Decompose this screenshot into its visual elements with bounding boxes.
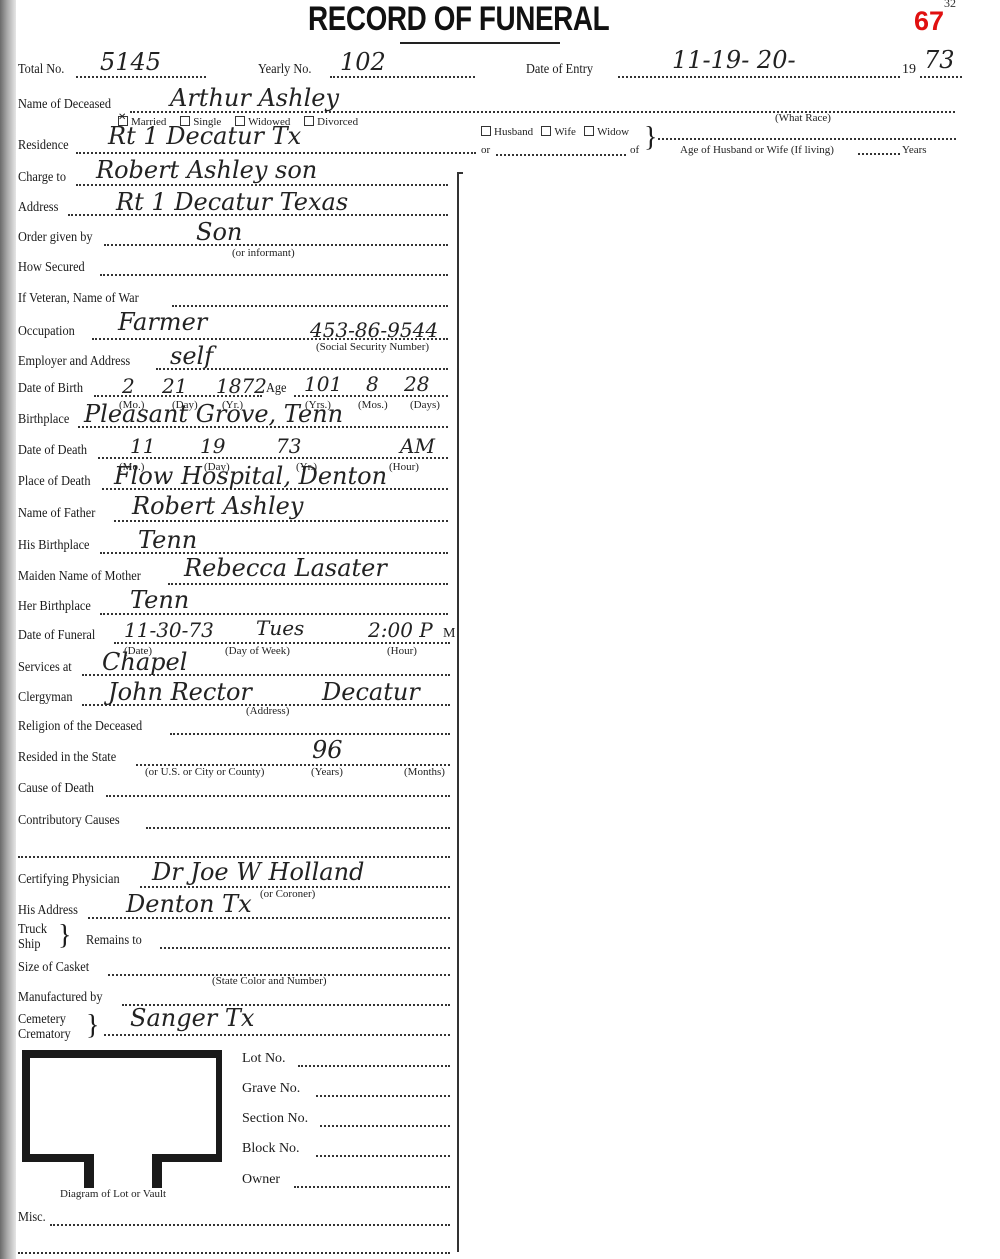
casket-label: Size of Casket [18,960,89,976]
ssn-field[interactable]: 453-86-9544 [310,320,438,340]
clergyman-label: Clergyman [18,690,73,706]
birthplace-field[interactable]: Pleasant Grove, Tenn [84,402,343,426]
date-of-birth-label: Date of Birth [18,381,83,397]
wife-checkbox[interactable]: Wife [541,126,576,138]
section-no-label: Section No. [242,1111,308,1127]
caption-hour: (Hour) [387,645,417,657]
date-of-death-label: Date of Death [18,443,87,459]
how-secured-field[interactable] [100,274,448,276]
spouse-name-line[interactable] [496,154,626,156]
remains-to-field[interactable] [160,947,450,949]
page-title: RECORD OF FUNERAL [308,0,609,39]
spouse-age-line[interactable] [858,153,900,155]
order-given-by-field[interactable]: Son [196,220,242,244]
mother-field[interactable]: Rebecca Lasater [184,556,387,580]
employer-label: Employer and Address [18,354,130,370]
caption-days: (Days) [410,399,440,411]
caption-hour: (Hour) [389,461,419,473]
cemetery-line [104,1034,450,1036]
services-at-field[interactable]: Chapel [102,650,187,674]
block-no-label: Block No. [242,1141,300,1157]
total-no-field[interactable]: 5145 [100,50,161,74]
cause-of-death-label: Cause of Death [18,781,94,797]
caption-mos: (Mos.) [358,399,388,411]
husband-checkbox[interactable]: Husband [481,126,533,138]
charge-to-label: Charge to [18,170,66,186]
funeral-date-field[interactable]: 11-30-73 [124,620,214,640]
cemetery-crematory-label: Cemetery Crematory [18,1012,71,1042]
death-month-field[interactable]: 11 [130,436,155,456]
spouse-options: Husband Wife Widow [481,126,629,138]
year-line [920,76,962,78]
book-spine-shadow [0,0,16,1259]
father-line [114,520,448,522]
father-field[interactable]: Robert Ashley [132,494,303,518]
his-birthplace-field[interactable]: Tenn [138,528,197,552]
charge-to-field[interactable]: Robert Ashley son [96,158,317,182]
age-label: Age [266,381,287,397]
section-no-field[interactable] [320,1125,450,1127]
brace-icon: } [644,124,657,152]
age-months-field[interactable]: 8 [366,374,379,394]
clergyman-field[interactable]: John Rector [108,680,252,704]
contributory-label: Contributory Causes [18,813,120,829]
resided-label: Resided in the State [18,750,116,766]
veteran-label: If Veteran, Name of War [18,291,139,307]
year-field[interactable]: 73 [924,48,955,72]
funeral-hour-suffix: M [443,626,455,642]
how-secured-label: How Secured [18,260,85,276]
residence-label: Residence [18,138,69,154]
remains-to-label: Remains to [86,933,142,949]
corner-mark: 32 [944,0,956,11]
manufactured-label: Manufactured by [18,990,103,1006]
his-birthplace-label: His Birthplace [18,538,90,554]
his-address-field[interactable]: Denton Tx [126,892,252,916]
owner-field[interactable] [294,1186,450,1188]
resided-years-field[interactable]: 96 [312,738,343,762]
religion-field[interactable] [170,733,450,735]
casket-caption: (State Color and Number) [212,975,327,987]
date-of-entry-label: Date of Entry [526,62,593,78]
widow-checkbox[interactable]: Widow [584,126,629,138]
employer-field[interactable]: self [170,344,213,368]
charge-to-line [76,184,448,186]
occupation-label: Occupation [18,324,75,340]
mother-line [168,583,448,585]
funeral-day-field[interactable]: Tues [256,618,304,638]
residence-field[interactable]: Rt 1 Decatur Tx [108,124,301,148]
block-no-field[interactable] [316,1155,450,1157]
grave-no-field[interactable] [316,1095,450,1097]
spouse-or-label: or [481,144,490,156]
lot-vault-diagram-icon [22,1050,222,1205]
total-no-line [76,76,206,78]
right-margin-tick [457,172,463,174]
address-field[interactable]: Rt 1 Decatur Texas [116,190,348,214]
misc-field-2[interactable] [18,1252,450,1254]
death-day-field[interactable]: 19 [200,436,225,456]
birth-month-field[interactable]: 2 [122,376,135,396]
yearly-no-label: Yearly No. [258,62,312,78]
page-number: 67 [914,6,944,37]
brace-icon: } [86,1012,99,1040]
caption-years: (Years) [311,766,343,778]
place-of-death-field[interactable]: Flow Hospital, Denton [114,464,387,488]
his-address-label: His Address [18,903,78,919]
date-of-entry-line [618,76,900,78]
veteran-field[interactable] [172,305,448,307]
misc-field[interactable] [50,1224,450,1226]
checkbox-icon [541,126,551,136]
years-label: Years [902,144,927,156]
year-prefix: 19 [902,62,916,78]
clergyman-address-field[interactable]: Decatur [322,680,420,704]
grave-no-label: Grave No. [242,1081,300,1097]
age-years-field[interactable]: 101 [304,374,342,394]
checkbox-icon [584,126,594,136]
her-birthplace-label: Her Birthplace [18,599,91,615]
contributory-field[interactable] [146,827,450,829]
spouse-of-label: of [630,144,639,156]
name-of-deceased-field[interactable]: Arthur Ashley [170,86,339,110]
cause-of-death-field[interactable] [106,795,450,797]
caption-months: (Months) [404,766,445,778]
spouse-age-label: Age of Husband or Wife (If living) [680,144,834,156]
yearly-no-field[interactable]: 102 [340,50,386,74]
ssn-caption: (Social Security Number) [316,341,429,353]
place-of-death-label: Place of Death [18,474,91,490]
physician-label: Certifying Physician [18,872,120,888]
date-of-entry-field[interactable]: 11-19- 20- [672,48,796,72]
birth-year-field[interactable]: 1872 [216,376,267,396]
death-year-field[interactable]: 73 [276,436,301,456]
race-line[interactable] [658,138,956,140]
misc-label: Misc. [18,1210,46,1226]
divorced-checkbox[interactable]: Divorced [304,116,358,128]
name-of-deceased-label: Name of Deceased [18,97,111,113]
caption-day-of-week: (Day of Week) [225,645,290,657]
lot-no-field[interactable] [298,1065,450,1067]
total-no-label: Total No. [18,62,64,78]
birthplace-label: Birthplace [18,412,69,428]
what-race-caption: (What Race) [775,112,831,124]
lot-no-label: Lot No. [242,1051,286,1067]
checkbox-icon [481,126,491,136]
cemetery-field[interactable]: Sanger Tx [130,1006,254,1030]
truck-ship-label: Truck Ship [18,922,47,952]
caption-location: (or U.S. or City or County) [145,766,264,778]
address-label: Address [18,200,58,216]
mother-label: Maiden Name of Mother [18,569,141,585]
yearly-no-line [330,76,475,78]
order-given-by-label: Order given by [18,230,93,246]
religion-label: Religion of the Deceased [18,719,142,735]
title-underline [400,42,560,44]
birth-day-field[interactable]: 21 [162,376,187,396]
right-margin-rule [457,172,459,1252]
address-caption: (Address) [246,705,289,717]
or-coroner-caption: (or Coroner) [260,888,315,900]
date-of-funeral-label: Date of Funeral [18,628,95,644]
funeral-hour-field[interactable]: 2:00 P [368,620,433,640]
diagram-caption: Diagram of Lot or Vault [60,1188,166,1200]
her-birthplace-field[interactable]: Tenn [130,588,189,612]
physician-field[interactable]: Dr Joe W Holland [152,860,364,884]
brace-icon: } [58,922,71,950]
father-label: Name of Father [18,506,95,522]
order-given-by-line [104,244,448,246]
occupation-field[interactable]: Farmer [118,310,207,334]
residence-line [76,152,476,154]
date-of-funeral-line [114,642,450,644]
checkbox-icon [304,116,314,126]
death-hour-field[interactable]: AM [400,436,435,456]
age-days-field[interactable]: 28 [404,374,429,394]
services-at-label: Services at [18,660,72,676]
or-informant-caption: (or informant) [232,247,295,259]
owner-label: Owner [242,1172,280,1188]
